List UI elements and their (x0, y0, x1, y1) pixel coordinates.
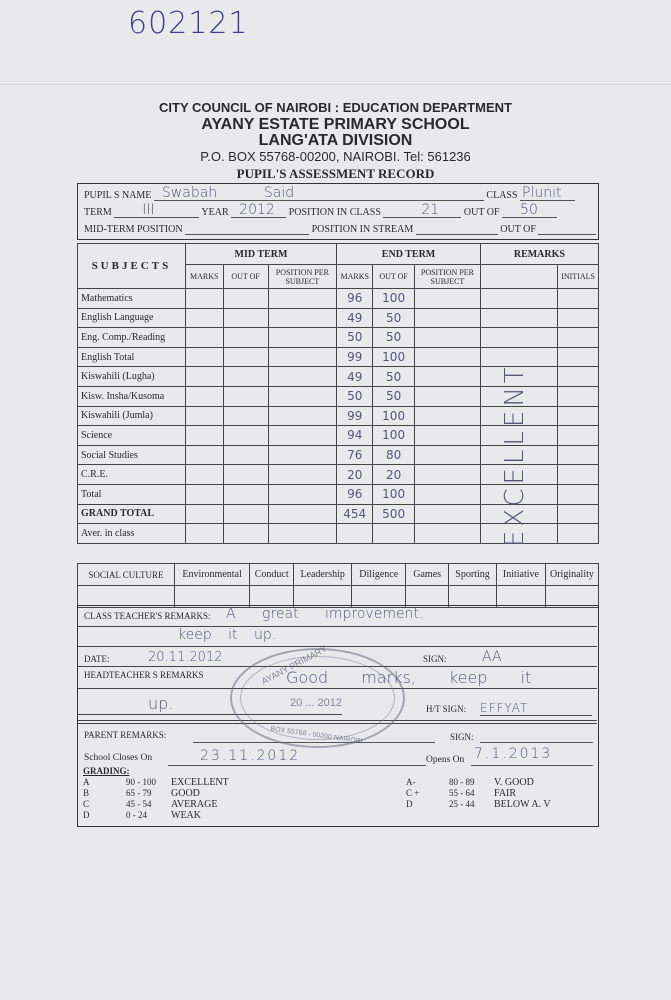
school-closes-field (168, 765, 426, 766)
end-out-of-cell[interactable]: 50 (373, 367, 415, 387)
remarks-cell[interactable] (480, 289, 557, 309)
end-position-cell[interactable] (415, 406, 481, 426)
mid-term-header: MID TERM (185, 244, 336, 265)
grading-range: 80 - 89 (449, 777, 475, 787)
grading-range: 55 - 64 (449, 788, 475, 798)
initials-cell[interactable] (558, 328, 599, 348)
initials-cell[interactable] (558, 484, 599, 504)
initials-cell[interactable] (558, 406, 599, 426)
initials-cell[interactable] (558, 445, 599, 465)
school-opens-value[interactable]: 7.1.2013 (474, 746, 552, 762)
end-marks-cell[interactable]: 454 (337, 504, 373, 524)
subject-cell: Kiswahili (Lugha) (78, 367, 186, 387)
mid-marks-cell[interactable] (185, 445, 223, 465)
class-teacher-remarks-line1[interactable]: A great improvement. (226, 606, 423, 622)
social-culture-header: Diligence (352, 564, 406, 586)
social-culture-header: Conduct (250, 564, 294, 586)
mid-marks-cell[interactable] (185, 406, 223, 426)
mid-marks-cell[interactable] (185, 367, 223, 387)
school-closes-label: School Closes On (84, 753, 152, 763)
mid-position-cell[interactable] (268, 289, 337, 309)
grading-row: B65 - 79GOOD (83, 788, 323, 799)
mid-position-cell[interactable] (268, 426, 337, 446)
mid-position-cell[interactable] (268, 308, 337, 328)
mid-out-of-cell[interactable] (223, 308, 268, 328)
grading-grade: C (83, 799, 89, 809)
out-of-label: OUT OF (464, 207, 500, 218)
pupil-name-row: PUPIL S NAME Swabah Said CLASS Plunit (84, 188, 575, 201)
social-culture-header: Originality (545, 564, 598, 586)
initials-cell[interactable] (558, 524, 599, 544)
grading-range: 45 - 54 (126, 799, 152, 809)
end-out-of-cell[interactable]: 50 (373, 386, 415, 406)
grading-grade: C + (406, 788, 419, 798)
end-position-cell[interactable] (415, 328, 481, 348)
end-marks-cell[interactable]: 96 (337, 289, 373, 309)
social-culture-header: Games (406, 564, 449, 586)
pupil-name-label: PUPIL S NAME (84, 190, 151, 201)
headteacher-remarks-line2[interactable]: up. (148, 694, 173, 713)
school-opens-label: Opens On (426, 755, 464, 765)
end-out-of-cell[interactable]: 50 (373, 328, 415, 348)
end-position-cell[interactable] (415, 308, 481, 328)
mid-position-cell[interactable] (268, 445, 337, 465)
pupil-info-box: PUPIL S NAME Swabah Said CLASS Plunit TE… (77, 183, 599, 240)
subject-cell: C.R.E. (78, 465, 186, 485)
subject-cell: Aver. in class (78, 524, 186, 544)
end-position-cell[interactable] (415, 504, 481, 524)
out-of-field[interactable]: 50 (502, 205, 557, 218)
grading-left-list: A90 - 100EXCELLENTB65 - 79GOODC45 - 54AV… (83, 777, 323, 821)
end-position-cell[interactable] (415, 445, 481, 465)
table-row: English Language4950 (78, 308, 599, 328)
mid-marks-header: MARKS (185, 265, 223, 289)
remarks-header: REMARKS (480, 244, 598, 265)
class-value: Plunit (522, 185, 561, 201)
grading-grade: A- (406, 777, 416, 787)
end-marks-cell[interactable]: 50 (337, 386, 373, 406)
grading-right-list: A-80 - 89V. GOODC +55 - 64FAIRD25 - 44BE… (406, 777, 646, 810)
year-field[interactable]: 2012 (231, 205, 286, 218)
social-culture-header-row: SOCIAL CULTURE EnvironmentalConductLeade… (78, 564, 599, 586)
overall-remark: EXCELLENT (500, 350, 540, 560)
grading-desc: FAIR (494, 788, 516, 799)
divider (78, 626, 597, 627)
end-out-of-cell[interactable]: 500 (373, 504, 415, 524)
term-field[interactable]: III (114, 205, 199, 218)
mid-out-of-cell[interactable] (223, 426, 268, 446)
end-out-of-cell[interactable]: 100 (373, 347, 415, 367)
grading-row: C +55 - 64FAIR (406, 788, 646, 799)
mid-position-cell[interactable] (268, 504, 337, 524)
position-class-value: 21 (421, 202, 439, 218)
mid-position-header: POSITION PER SUBJECT (268, 265, 337, 289)
initials-cell[interactable] (558, 367, 599, 387)
school-closes-value[interactable]: 23.11.2012 (200, 748, 300, 764)
end-position-cell[interactable] (415, 289, 481, 309)
mid-marks-cell[interactable] (185, 308, 223, 328)
subject-cell: Kisw. Insha/Kusoma (78, 386, 186, 406)
out-of2-label: OUT OF (500, 224, 536, 235)
class-teacher-remarks-label: CLASS TEACHER'S REMARKS: (84, 611, 210, 621)
initials-cell[interactable] (558, 386, 599, 406)
end-out-of-cell[interactable]: 20 (373, 465, 415, 485)
council-heading: CITY COUNCIL OF NAIROBI : EDUCATION DEPA… (0, 100, 671, 115)
grading-desc: BELOW A. V (494, 799, 551, 810)
grading-title: GRADING: (83, 766, 130, 776)
class-label: CLASS (486, 190, 517, 201)
mid-marks-cell[interactable] (185, 347, 223, 367)
sign-label: SIGN: (423, 654, 447, 664)
grading-row: A-80 - 89V. GOOD (406, 777, 646, 788)
term-label: TERM (84, 207, 112, 218)
midterm-position-label: MID-TERM POSITION (84, 224, 183, 235)
mid-out-of-cell[interactable] (223, 289, 268, 309)
end-marks-cell[interactable]: 50 (337, 328, 373, 348)
mid-position-cell[interactable] (268, 484, 337, 504)
mid-marks-cell[interactable] (185, 465, 223, 485)
social-culture-header: Initiative (496, 564, 545, 586)
term-row: TERM III YEAR 2012 POSITION IN CLASS 21 … (84, 205, 557, 218)
grading-desc: EXCELLENT (171, 777, 229, 788)
grading-desc: AVERAGE (171, 799, 217, 810)
end-marks-cell[interactable]: 76 (337, 445, 373, 465)
subject-cell: Science (78, 426, 186, 446)
mid-out-of-cell[interactable] (223, 504, 268, 524)
end-marks-cell[interactable]: 99 (337, 406, 373, 426)
end-position-cell[interactable] (415, 367, 481, 387)
end-term-header: END TERM (337, 244, 481, 265)
end-marks-cell[interactable]: 49 (337, 367, 373, 387)
remarks-cell[interactable] (480, 328, 557, 348)
scan-edge-line (0, 84, 671, 85)
end-out-of-cell[interactable]: 100 (373, 289, 415, 309)
remarks-cell[interactable] (480, 308, 557, 328)
parent-remarks-label: PARENT REMARKS: (84, 730, 166, 740)
mid-position-cell[interactable] (268, 347, 337, 367)
class-teacher-remarks-line2[interactable]: keep it up. (178, 627, 276, 643)
mid-out-of-cell[interactable] (223, 406, 268, 426)
position-stream-field[interactable] (416, 222, 498, 235)
grading-grade: D (406, 799, 413, 809)
end-position-cell[interactable] (415, 484, 481, 504)
initials-cell[interactable] (558, 426, 599, 446)
social-culture-label: SOCIAL CULTURE (78, 564, 175, 586)
mid-out-of-cell[interactable] (223, 524, 268, 544)
end-marks-cell[interactable]: 20 (337, 465, 373, 485)
subject-cell: Total (78, 484, 186, 504)
mid-marks-cell[interactable] (185, 426, 223, 446)
initials-cell[interactable] (558, 465, 599, 485)
division-name: LANG'ATA DIVISION (0, 132, 671, 150)
out-of2-field[interactable] (538, 222, 596, 235)
end-out-of-cell[interactable]: 50 (373, 308, 415, 328)
grading-range: 90 - 100 (126, 777, 156, 787)
subject-cell: Mathematics (78, 289, 186, 309)
midterm-position-field[interactable] (185, 222, 309, 235)
ht-signature[interactable]: EFFYAT (480, 701, 592, 716)
pupil-last-name: Said (264, 185, 294, 201)
out-of-value: 50 (520, 202, 538, 218)
initials-cell[interactable] (558, 347, 599, 367)
end-out-of-cell[interactable]: 100 (373, 426, 415, 446)
grading-row: D0 - 24WEAK (83, 810, 323, 821)
school-address: P.O. BOX 55768-00200, NAIROBI. Tel: 5612… (0, 149, 671, 164)
end-out-of-cell[interactable]: 80 (373, 445, 415, 465)
mid-position-cell[interactable] (268, 406, 337, 426)
subject-cell: GRAND TOTAL (78, 504, 186, 524)
mid-out-of-cell[interactable] (223, 484, 268, 504)
subjects-header: SUBJECTS (78, 244, 186, 289)
mid-position-cell[interactable] (268, 465, 337, 485)
parent-sign-field[interactable] (480, 742, 593, 743)
table-row: Mathematics96100 (78, 289, 599, 309)
mid-out-of-header: OUT OF (223, 265, 268, 289)
grading-desc: GOOD (171, 788, 200, 799)
subject-cell: Kiswahili (Jumla) (78, 406, 186, 426)
grading-row: A90 - 100EXCELLENT (83, 777, 323, 788)
subject-cell: English Language (78, 308, 186, 328)
record-title: PUPIL'S ASSESSMENT RECORD (0, 166, 671, 182)
position-stream-label: POSITION IN STREAM (312, 224, 414, 235)
position-class-field[interactable]: 21 (383, 205, 461, 218)
midterm-row: MID-TERM POSITION POSITION IN STREAM OUT… (84, 222, 596, 235)
subject-cell: English Total (78, 347, 186, 367)
remarks-blank-header (480, 265, 557, 289)
mid-out-of-cell[interactable] (223, 465, 268, 485)
end-out-of-header: OUT OF (373, 265, 415, 289)
end-marks-cell[interactable]: 99 (337, 347, 373, 367)
grading-grade: D (83, 810, 90, 820)
grading-range: 65 - 79 (126, 788, 152, 798)
pupil-first-name: Swabah (162, 185, 217, 201)
end-position-header: POSITION PER SUBJECT (415, 265, 481, 289)
mid-position-cell[interactable] (268, 367, 337, 387)
end-position-cell[interactable] (415, 465, 481, 485)
end-marks-cell[interactable] (337, 524, 373, 544)
social-culture-header: Sporting (449, 564, 497, 586)
mid-marks-cell[interactable] (185, 328, 223, 348)
mid-position-cell[interactable] (268, 524, 337, 544)
mid-out-of-cell[interactable] (223, 445, 268, 465)
mid-position-cell[interactable] (268, 328, 337, 348)
mid-out-of-cell[interactable] (223, 367, 268, 387)
mid-out-of-cell[interactable] (223, 386, 268, 406)
term-value: III (142, 202, 154, 218)
mid-marks-cell[interactable] (185, 386, 223, 406)
grading-row: C45 - 54AVERAGE (83, 799, 323, 810)
end-position-cell[interactable] (415, 347, 481, 367)
end-out-of-cell[interactable]: 100 (373, 406, 415, 426)
end-marks-cell[interactable]: 49 (337, 308, 373, 328)
social-culture-table: SOCIAL CULTURE EnvironmentalConductLeade… (77, 563, 599, 608)
table-row: Eng. Comp./Reading5050 (78, 328, 599, 348)
mid-marks-cell[interactable] (185, 484, 223, 504)
teacher-signature[interactable]: AA (482, 649, 502, 665)
subject-cell: Eng. Comp./Reading (78, 328, 186, 348)
ht-sign-label: H/T SIGN: (426, 704, 466, 714)
end-marks-cell[interactable]: 94 (337, 426, 373, 446)
grading-grade: A (83, 777, 90, 787)
end-position-cell[interactable] (415, 386, 481, 406)
social-culture-header: Environmental (174, 564, 249, 586)
end-marks-header: MARKS (337, 265, 373, 289)
social-culture-header: Leadership (294, 564, 352, 586)
pupil-name-field[interactable]: Swabah Said (154, 188, 484, 201)
mid-out-of-cell[interactable] (223, 328, 268, 348)
initials-header: INITIALS (558, 265, 599, 289)
date-value[interactable]: 20.11.2012 (148, 650, 222, 665)
grading-desc: V. GOOD (494, 777, 534, 788)
stamp-center-text: 20 ... 2012 (290, 697, 342, 709)
year-label: YEAR (201, 207, 228, 218)
position-class-label: POSITION IN CLASS (289, 207, 381, 218)
end-position-cell[interactable] (415, 426, 481, 446)
mid-marks-cell[interactable] (185, 504, 223, 524)
reference-number: 602121 (128, 6, 249, 41)
year-value: 2012 (239, 202, 275, 218)
grading-desc: WEAK (171, 810, 201, 821)
school-opens-field (471, 765, 593, 766)
grading-row: D25 - 44BELOW A. V (406, 799, 646, 810)
mid-out-of-cell[interactable] (223, 347, 268, 367)
initials-cell[interactable] (558, 504, 599, 524)
grading-range: 0 - 24 (126, 810, 147, 820)
mid-marks-cell[interactable] (185, 289, 223, 309)
class-field[interactable]: Plunit (520, 188, 575, 201)
grading-grade: B (83, 788, 89, 798)
initials-cell[interactable] (558, 289, 599, 309)
headteacher-remarks-label: HEADTEACHER S REMARKS (84, 670, 204, 680)
end-marks-cell[interactable]: 96 (337, 484, 373, 504)
end-position-cell[interactable] (415, 524, 481, 544)
end-out-of-cell[interactable]: 100 (373, 484, 415, 504)
date-label: DATE: (84, 654, 110, 664)
mid-position-cell[interactable] (268, 386, 337, 406)
grading-range: 25 - 44 (449, 799, 475, 809)
subject-cell: Social Studies (78, 445, 186, 465)
end-out-of-cell[interactable] (373, 524, 415, 544)
initials-cell[interactable] (558, 308, 599, 328)
mid-marks-cell[interactable] (185, 524, 223, 544)
parent-sign-label: SIGN: (450, 732, 474, 742)
divider (78, 646, 597, 647)
